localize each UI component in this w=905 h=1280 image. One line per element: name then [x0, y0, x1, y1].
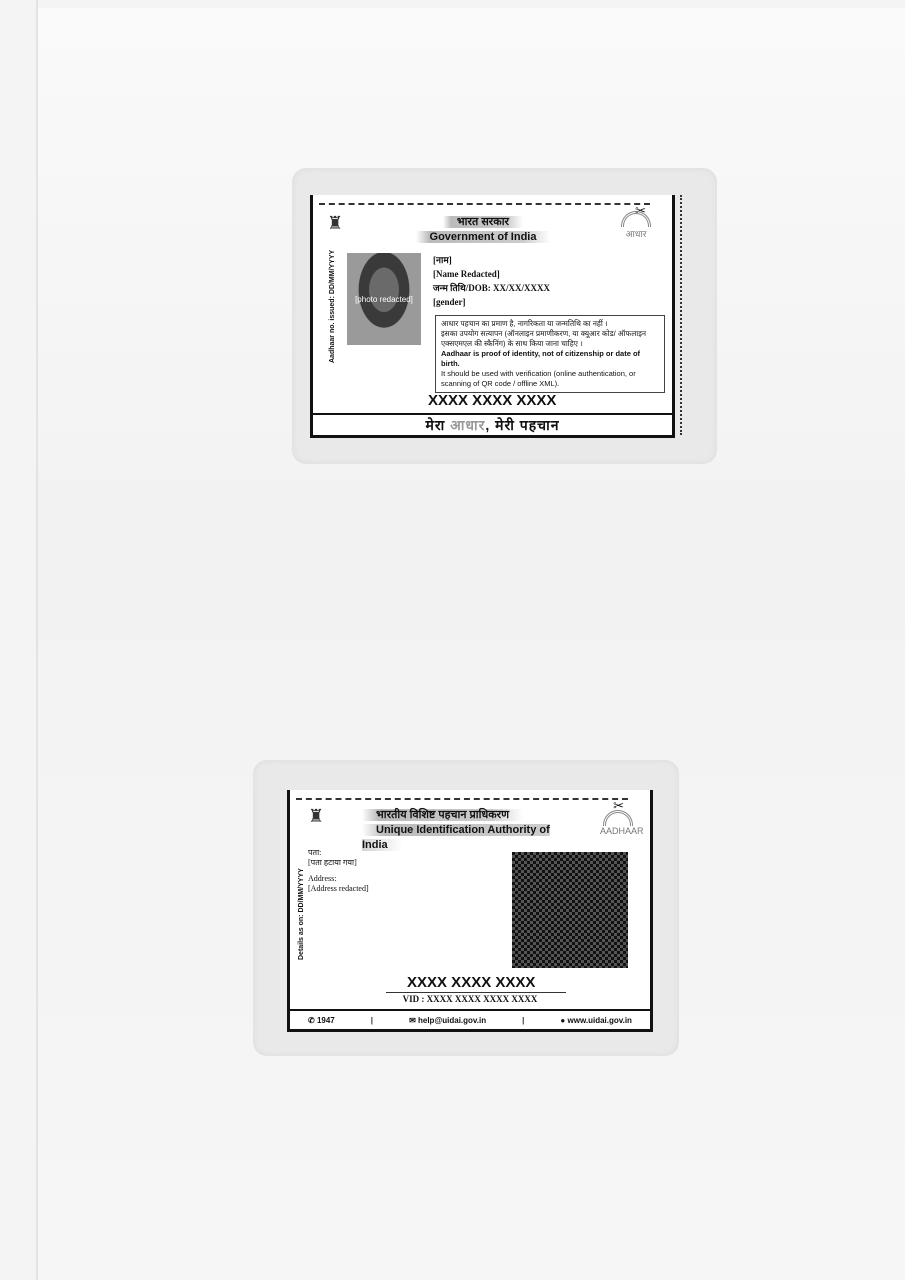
separator: |	[371, 1016, 373, 1025]
tagline: मेरा आधार, मेरी पहचान	[313, 413, 672, 435]
notice-hindi-2: इसका उपयोग सत्यापन (ऑनलाइन प्रमाणीकरण, य…	[441, 329, 659, 349]
name-english: [Name Redacted]	[433, 267, 550, 281]
tagline-part-1: मेरा	[426, 417, 451, 433]
card-header: भारतीय विशिष्ट पहचान प्राधिकरण Unique Id…	[362, 808, 582, 853]
gender: [gender]	[433, 295, 550, 309]
globe-icon: ●	[560, 1016, 565, 1025]
header-english: Government of India	[416, 231, 551, 243]
tagline-part-3: , मेरी पहचान	[485, 417, 559, 433]
header-hindi: भारतीय विशिष्ट पहचान प्राधिकरण	[362, 809, 523, 821]
page-edge	[36, 0, 38, 1280]
fingerprint-sun-icon	[621, 211, 651, 227]
fingerprint-sun-icon	[603, 810, 633, 826]
logo-label: AADHAAR	[600, 826, 644, 836]
cut-line: ✂	[296, 798, 628, 800]
issue-date-vertical: Aadhaar no. issued: DD/MM/YYYY	[329, 250, 336, 363]
logo-label: आधार	[626, 229, 647, 239]
virtual-id: VID : XXXX XXXX XXXX XXXX	[290, 994, 650, 1004]
address-english-label: Address:	[308, 874, 336, 883]
notice-box: आधार पहचान का प्रमाण है, नागरिकता या जन्…	[435, 315, 665, 393]
header-english: Unique Identification Authority of India	[362, 824, 550, 851]
details-date-vertical: Details as on: DD/MM/YYYY	[298, 868, 305, 960]
email: ✉ help@uidai.gov.in	[409, 1016, 486, 1025]
address-block: पता: [पता हटाया गया] Address: [Address r…	[308, 848, 508, 894]
notice-english-rest: It should be used with verification (onl…	[441, 369, 659, 389]
website: ● www.uidai.gov.in	[560, 1016, 632, 1025]
aadhaar-number: XXXX XXXX XXXX	[407, 974, 535, 991]
aadhaar-logo: AADHAAR	[600, 810, 636, 840]
aadhaar-logo: आधार	[618, 211, 654, 241]
name-hindi: [नाम]	[433, 253, 550, 267]
card-footer: ✆ 1947 | ✉ help@uidai.gov.in | ● www.uid…	[290, 1009, 650, 1029]
helpline: ✆ 1947	[308, 1016, 335, 1025]
address-hindi: [पता हटाया गया]	[308, 858, 357, 867]
card-header: भारत सरकार Government of India	[393, 215, 573, 245]
photo-placeholder: [photo redacted]	[347, 253, 421, 345]
address-english: [Address redacted]	[308, 884, 369, 893]
phone-icon: ✆	[308, 1016, 315, 1025]
cut-line-vertical	[680, 195, 682, 435]
address-hindi-label: पता:	[308, 848, 321, 857]
notice-hindi-1: आधार पहचान का प्रमाण है, नागरिकता या जन्…	[441, 319, 659, 329]
dob: जन्म तिथि/DOB: XX/XX/XXXX	[433, 281, 550, 295]
holder-details: [नाम] [Name Redacted] जन्म तिथि/DOB: XX/…	[433, 253, 550, 309]
aadhaar-number: XXXX XXXX XXXX	[428, 392, 556, 409]
mail-icon: ✉	[409, 1016, 416, 1025]
national-emblem-icon: ♜	[327, 213, 343, 234]
qr-code	[512, 852, 628, 968]
tagline-part-2: आधार	[450, 417, 485, 433]
national-emblem-icon: ♜	[308, 806, 324, 827]
header-hindi: भारत सरकार	[443, 216, 523, 228]
id-card-back: ✂ ♜ भारतीय विशिष्ट पहचान प्राधिकरण Uniqu…	[287, 790, 653, 1032]
cut-line: ✂	[319, 203, 650, 205]
holder-photo: [photo redacted]	[347, 253, 421, 345]
separator: |	[522, 1016, 524, 1025]
notice-english-bold: Aadhaar is proof of identity, not of cit…	[441, 349, 659, 369]
id-card-front: ✂ ♜ भारत सरकार Government of India आधार …	[310, 195, 675, 438]
divider	[386, 992, 566, 993]
